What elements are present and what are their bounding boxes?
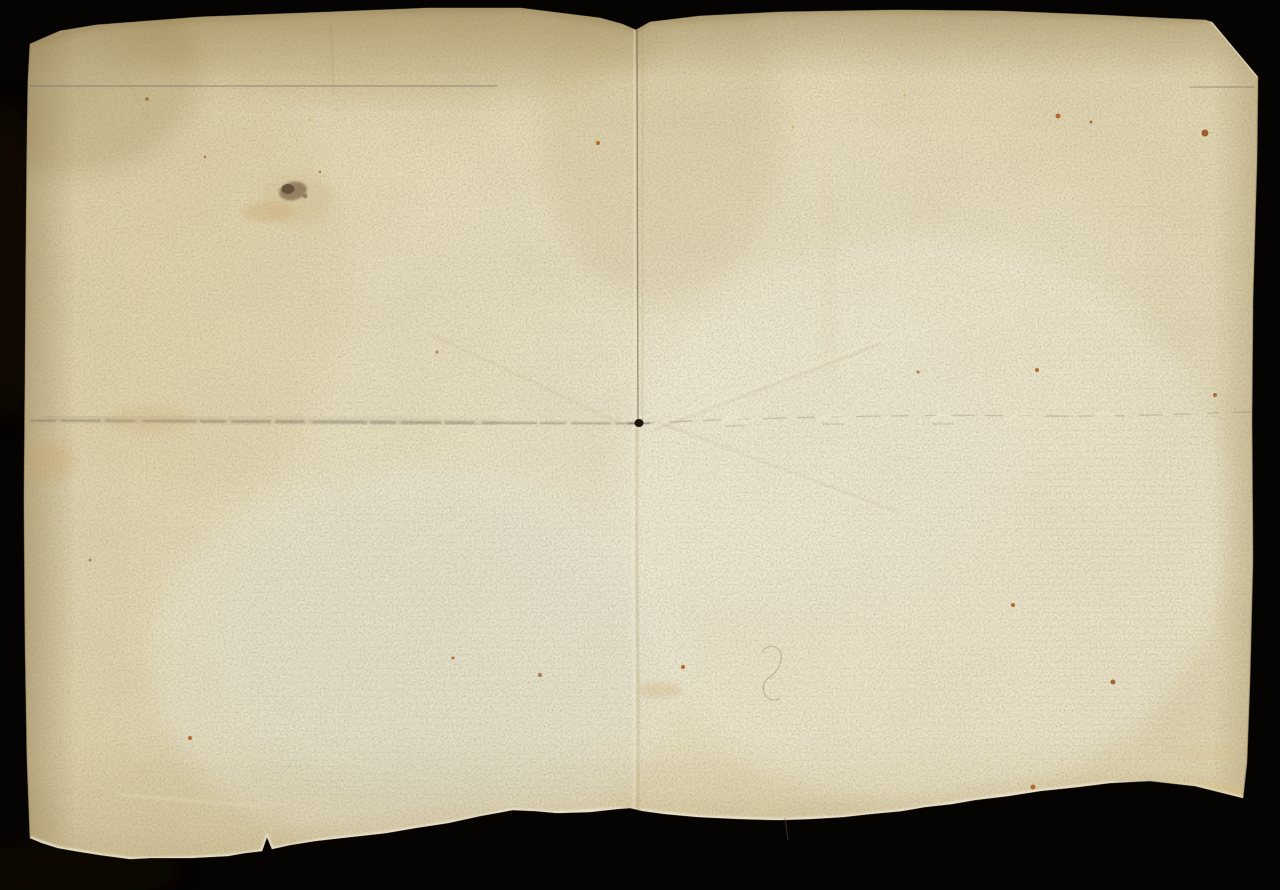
foxing-speck (436, 351, 439, 354)
foxing-speck (89, 559, 92, 562)
scan-image: Scanned sheet of aged blank paper (0, 0, 1280, 890)
yellow-stain (1178, 745, 1238, 759)
foxing-speck (188, 736, 192, 740)
foxing-speck (904, 94, 907, 97)
foxing-speck (1056, 114, 1061, 119)
foxing-speck (596, 141, 600, 145)
foxing-speck (1035, 368, 1039, 372)
foxing-speck (452, 657, 455, 660)
foxing-speck (681, 665, 685, 669)
ink-stain-dot (303, 194, 308, 199)
foxing-speck (1202, 130, 1209, 137)
foxing-speck (319, 171, 321, 173)
foxing-speck (917, 371, 920, 374)
foxing-speck (145, 97, 149, 101)
foxing-speck (1111, 680, 1116, 685)
foxing-speck (1090, 121, 1093, 124)
foxing-speck (1213, 393, 1217, 397)
scanned-paper-photo: Scanned sheet of aged blank paper (0, 0, 1280, 890)
foxing-stain (110, 406, 190, 434)
ink-stain-core (282, 184, 295, 194)
vertical-fold-crease (642, 30, 643, 424)
paper-surface (0, 0, 1280, 890)
foxing-speck (309, 119, 312, 122)
foxing-stain (638, 682, 682, 698)
foxing-stain (22, 442, 74, 482)
ink-stain-tail (242, 202, 294, 222)
foxing-speck (204, 156, 206, 158)
vertical-fold-crease (634, 26, 635, 422)
foxing-speck (1031, 785, 1036, 790)
foxing-speck (538, 673, 542, 677)
foxing-speck (1011, 603, 1015, 607)
fold-intersection-mark (635, 419, 644, 427)
foxing-speck (792, 126, 795, 129)
